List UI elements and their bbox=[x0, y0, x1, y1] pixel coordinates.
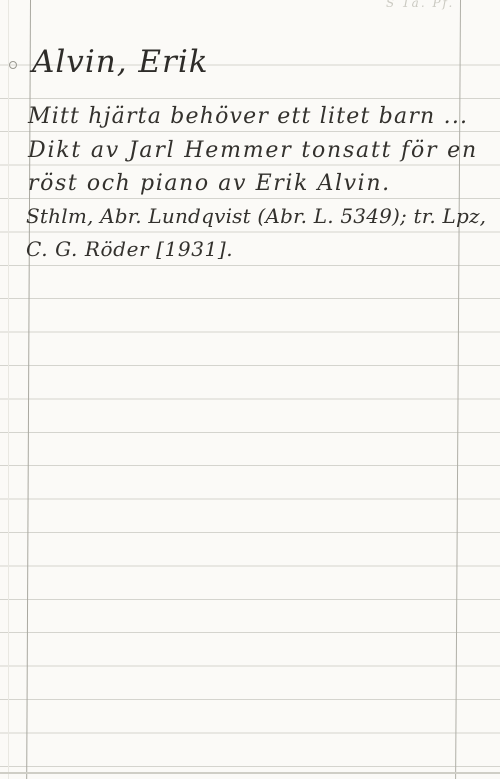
description-line-1: Dikt av Jarl Hemmer tonsatt för en bbox=[28, 140, 478, 162]
card-heading-author: Alvin, Erik bbox=[32, 44, 209, 80]
title-line: Mitt hjärta behöver ett litet barn ... bbox=[28, 106, 468, 128]
publisher-line: Sthlm, Abr. Lundqvist (Abr. L. 5349); tr… bbox=[26, 206, 486, 226]
printer-year-line: C. G. Röder [1931]. bbox=[26, 239, 233, 259]
catalog-card: S 1a. Pf. Alvin, Erik Mitt hjärta behöve… bbox=[0, 0, 500, 779]
left-edge-line bbox=[8, 0, 9, 779]
card-bottom-edge bbox=[0, 772, 500, 774]
description-line-2: röst och piano av Erik Alvin. bbox=[28, 173, 391, 195]
small-circle-icon bbox=[9, 61, 17, 69]
pencil-shelfmark: S 1a. Pf. bbox=[386, 0, 454, 10]
